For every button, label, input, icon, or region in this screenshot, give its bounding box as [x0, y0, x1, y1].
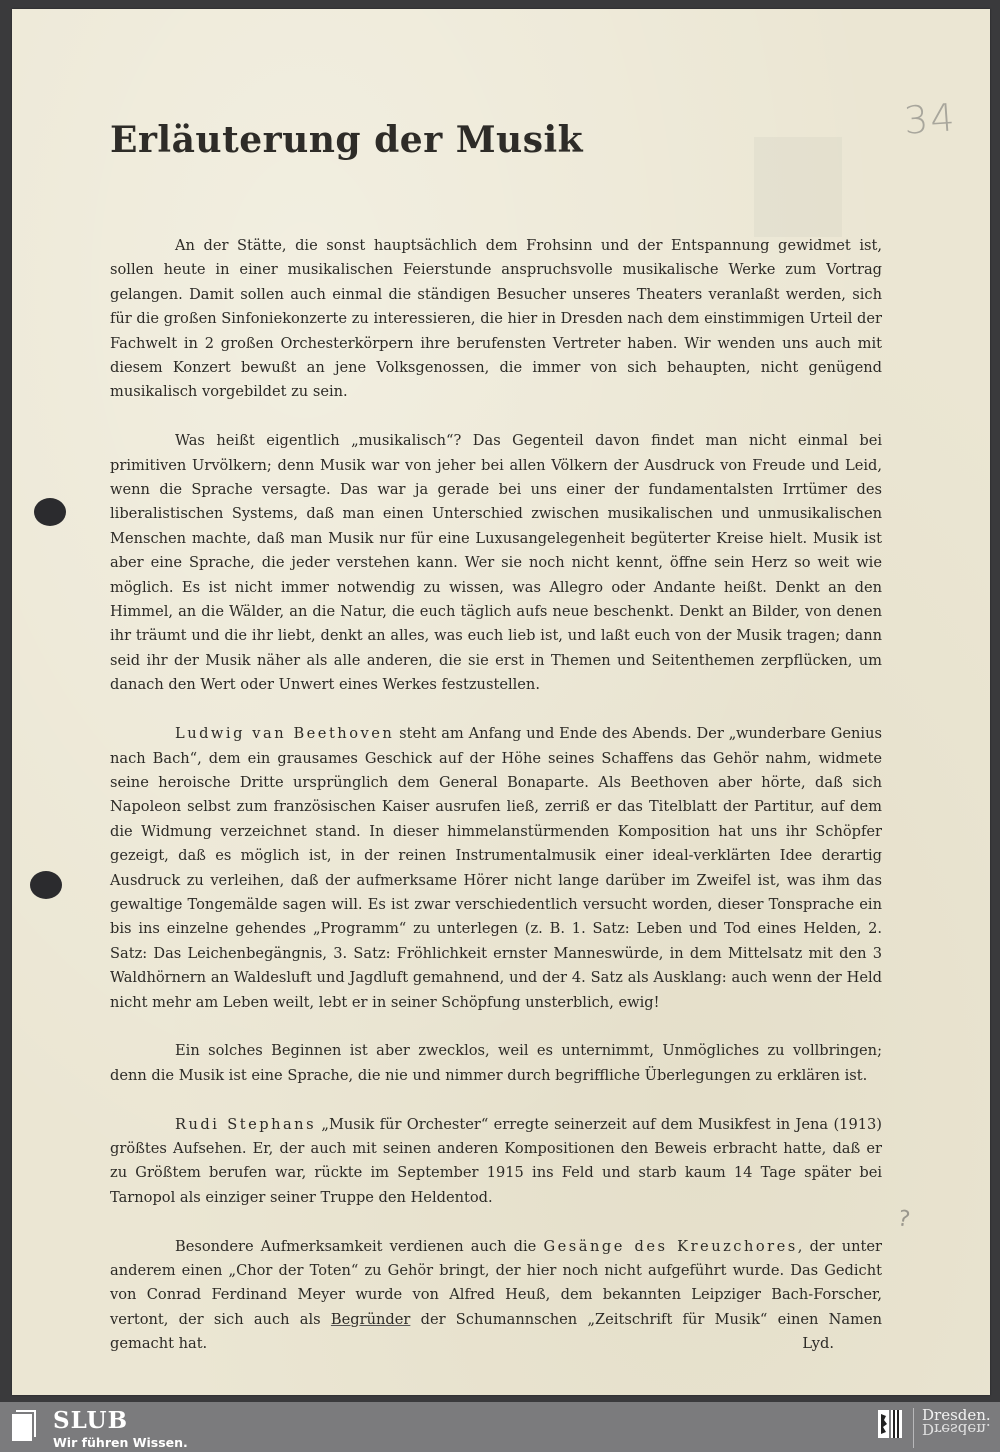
kreuzchor-text-start: Besondere Aufmerksamkeit verdienen auch … — [175, 1238, 543, 1255]
paragraph-stephan: Rudi Stephans „Musik für Orchester“ erre… — [110, 1113, 882, 1211]
document-page: 34 Erläuterung der Musik An der Stätte, … — [12, 9, 990, 1395]
composer-name-stephan: Rudi Stephans — [175, 1116, 316, 1133]
paragraph-futile: Ein solches Beginnen ist aber zwecklos, … — [110, 1039, 882, 1088]
paragraph-kreuzchor: Besondere Aufmerksamkeit verdienen auch … — [110, 1235, 882, 1357]
dresden-wordmark-mirror: Dresden. — [922, 1422, 991, 1436]
slub-brand: SLUB — [53, 1407, 128, 1434]
punch-hole-lower — [30, 871, 62, 899]
body-text: An der Stätte, die sonst hauptsächlich d… — [110, 234, 882, 1357]
slub-tagline: Wir führen Wissen. — [53, 1435, 188, 1450]
footer-divider — [913, 1408, 914, 1448]
punch-hole-upper — [34, 498, 66, 526]
paragraph-musical: Was heißt eigentlich „musikalisch“? Das … — [110, 429, 882, 697]
paragraph-beethoven-text: steht am Anfang und Ende des Abends. Der… — [110, 725, 882, 1010]
viewer-footer: SLUB Wir führen Wissen. Dresden. Dresden… — [0, 1402, 1000, 1452]
underlined-word-begruender: Begründer — [331, 1311, 410, 1328]
dresden-logo: Dresden. Dresden. — [922, 1408, 991, 1436]
handwritten-margin-mark: ? — [896, 1206, 912, 1233]
page-title: Erläuterung der Musik — [110, 119, 583, 161]
show-through-shadow — [754, 137, 842, 237]
author-signature: Lyd. — [737, 1332, 834, 1356]
composer-name-beethoven: Ludwig van Beethoven — [175, 725, 394, 742]
paragraph-beethoven: Ludwig van Beethoven steht am Anfang und… — [110, 722, 882, 1015]
handwritten-folio-number: 34 — [903, 95, 958, 143]
slub-logo-icon — [12, 1410, 40, 1442]
dresden-coat-of-arms-icon — [878, 1410, 902, 1440]
paragraph-intro: An der Stätte, die sonst hauptsächlich d… — [110, 234, 882, 405]
kreuzchor-name: Gesänge des Kreuzchores — [543, 1238, 797, 1255]
